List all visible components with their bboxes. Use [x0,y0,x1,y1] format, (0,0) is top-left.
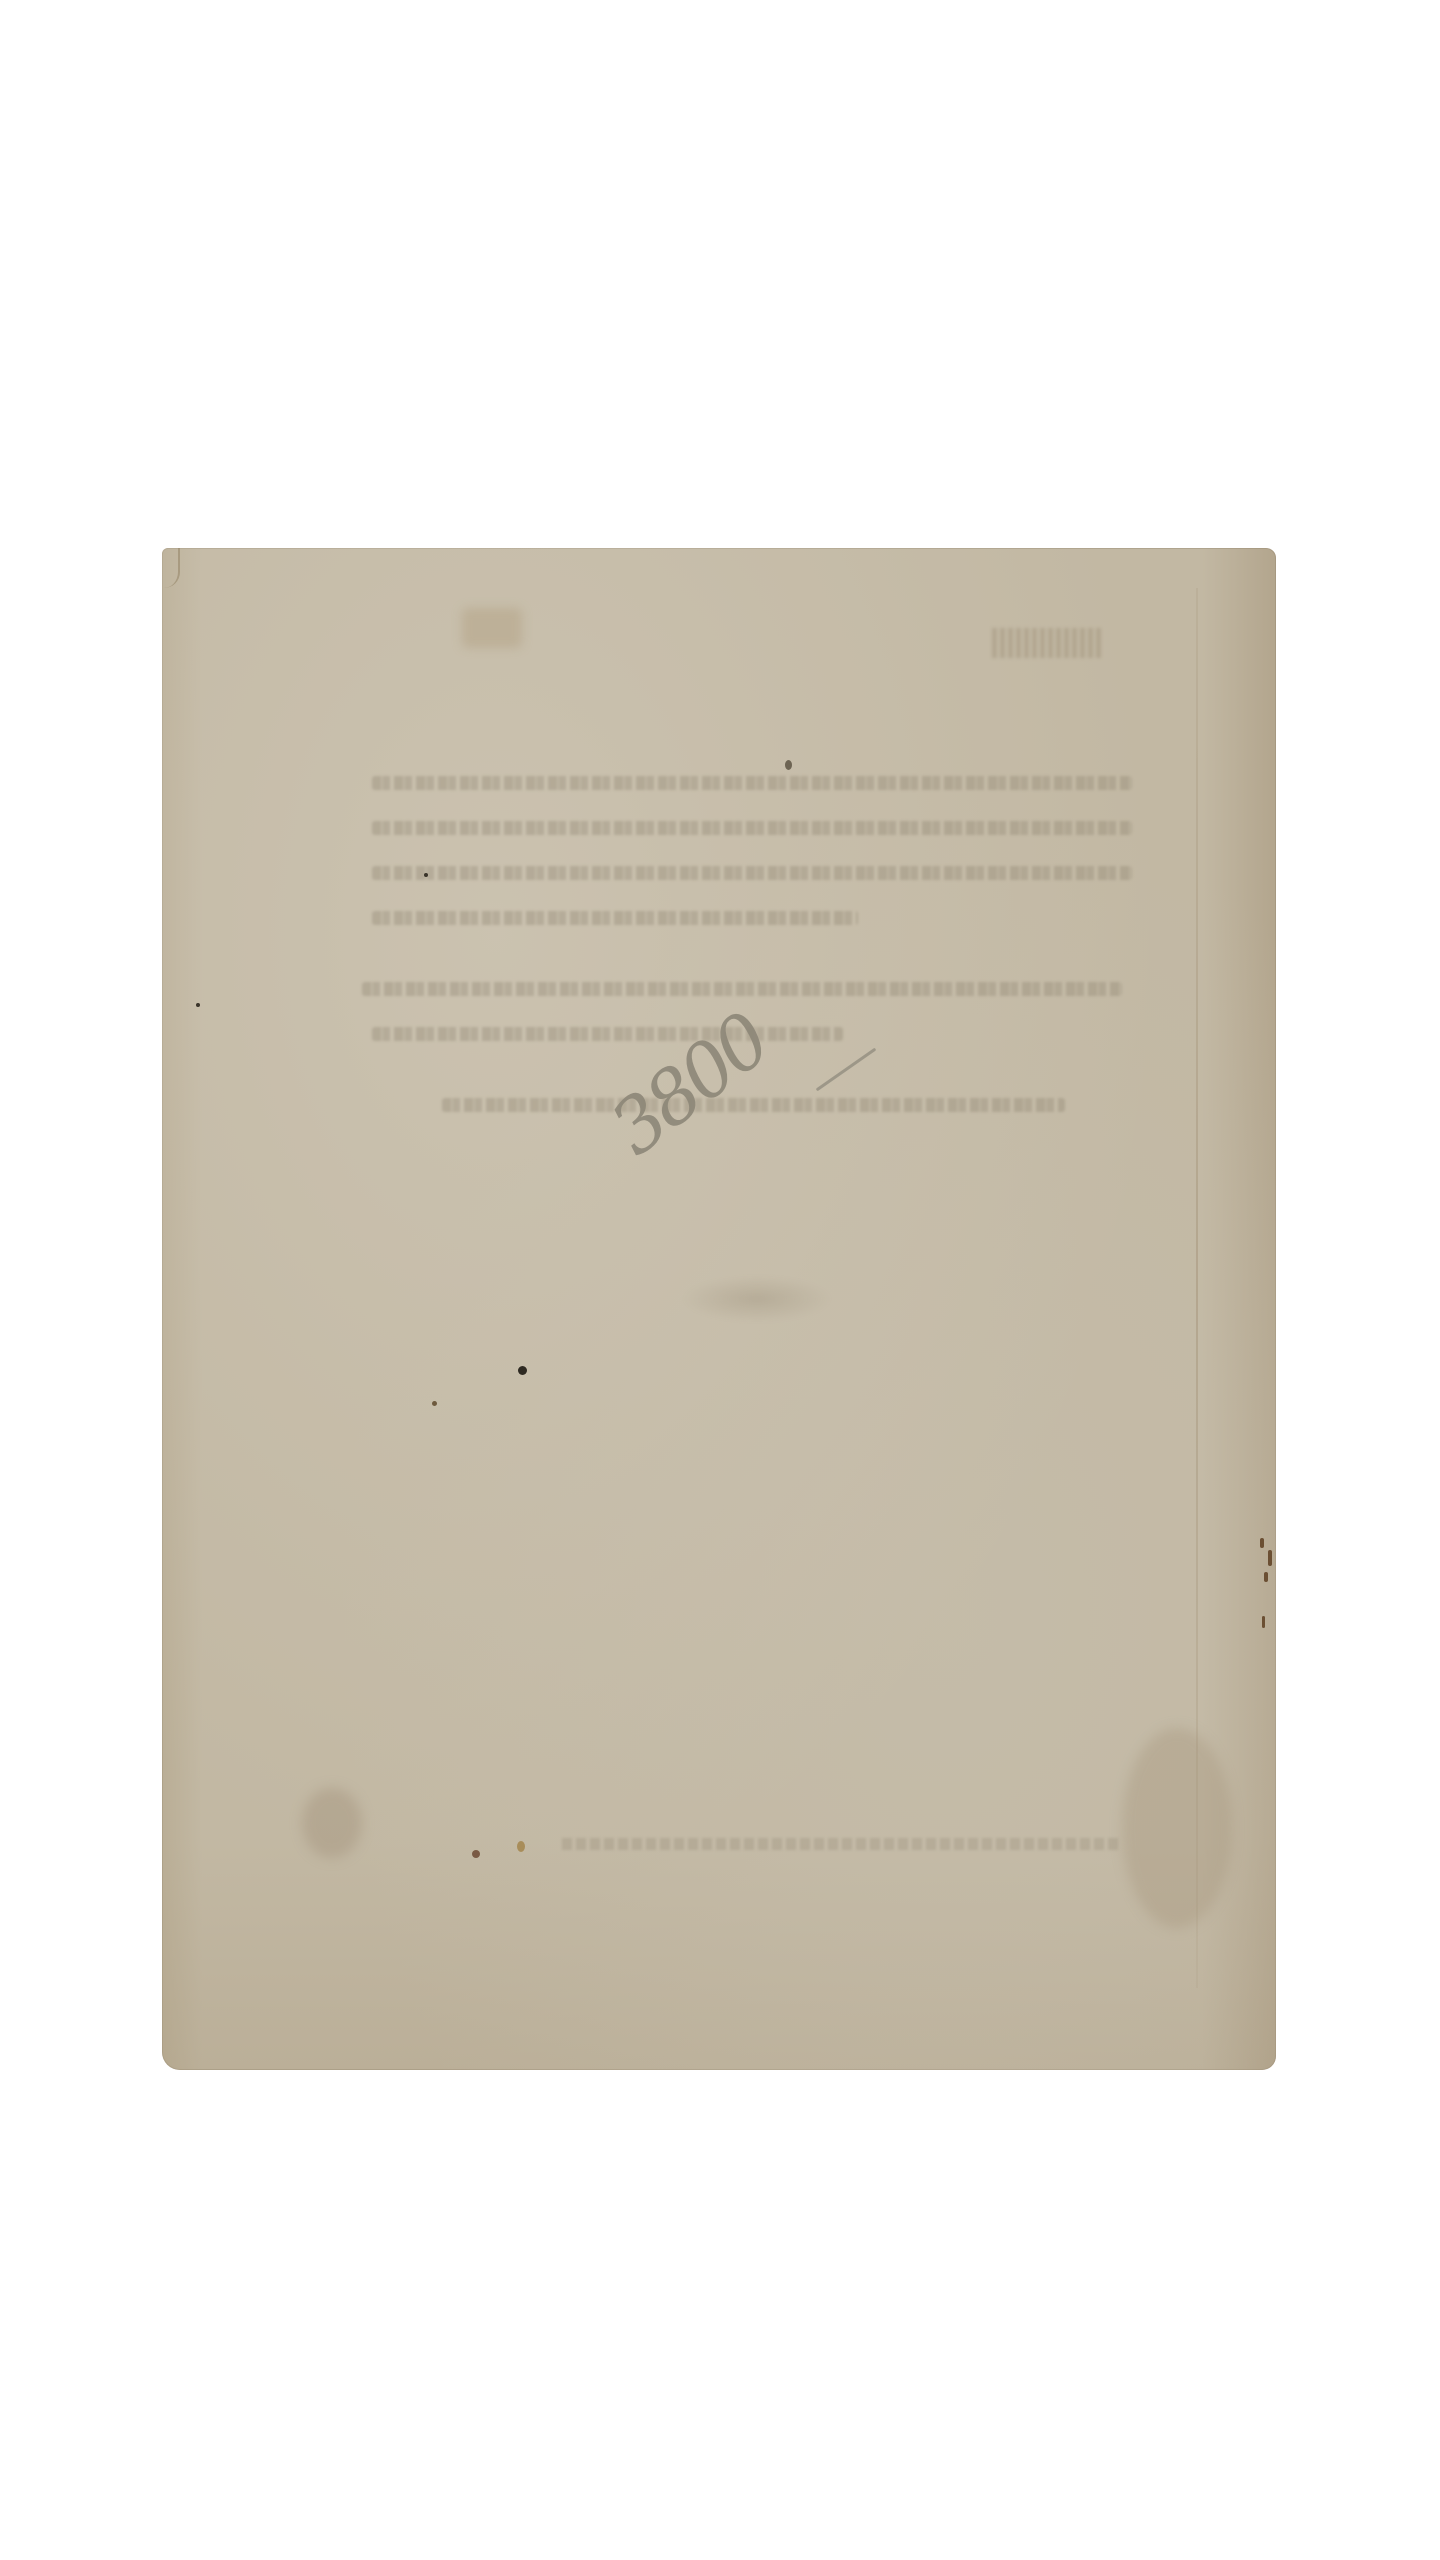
bleed-line [442,1098,1065,1112]
bleed-line [372,776,1132,790]
edge-stain [1260,1538,1264,1548]
bleed-line [372,1027,843,1041]
document-page: 3800 [162,548,1276,2070]
edge-stain [1262,1616,1265,1628]
bleed-line [372,866,1132,880]
bleed-line [372,911,858,925]
faint-stain-top-left [462,608,522,648]
smudge-bottom-right [1122,1728,1232,1928]
faint-print-top-right [992,628,1102,658]
printer-ornament [682,1276,832,1322]
ink-spot [432,1401,437,1406]
ink-spot [785,760,792,770]
smudge-bottom-left [302,1788,362,1858]
edge-stain [1264,1572,1268,1582]
rust-spot [472,1850,480,1858]
amber-spot [517,1841,525,1852]
ink-spot [424,873,428,877]
bleed-line [372,821,1132,835]
ink-spot [518,1366,527,1375]
bleed-imprint-line [562,1838,1122,1850]
bleed-line [362,982,1122,996]
ink-spot [196,1003,200,1007]
edge-stain [1268,1550,1272,1566]
